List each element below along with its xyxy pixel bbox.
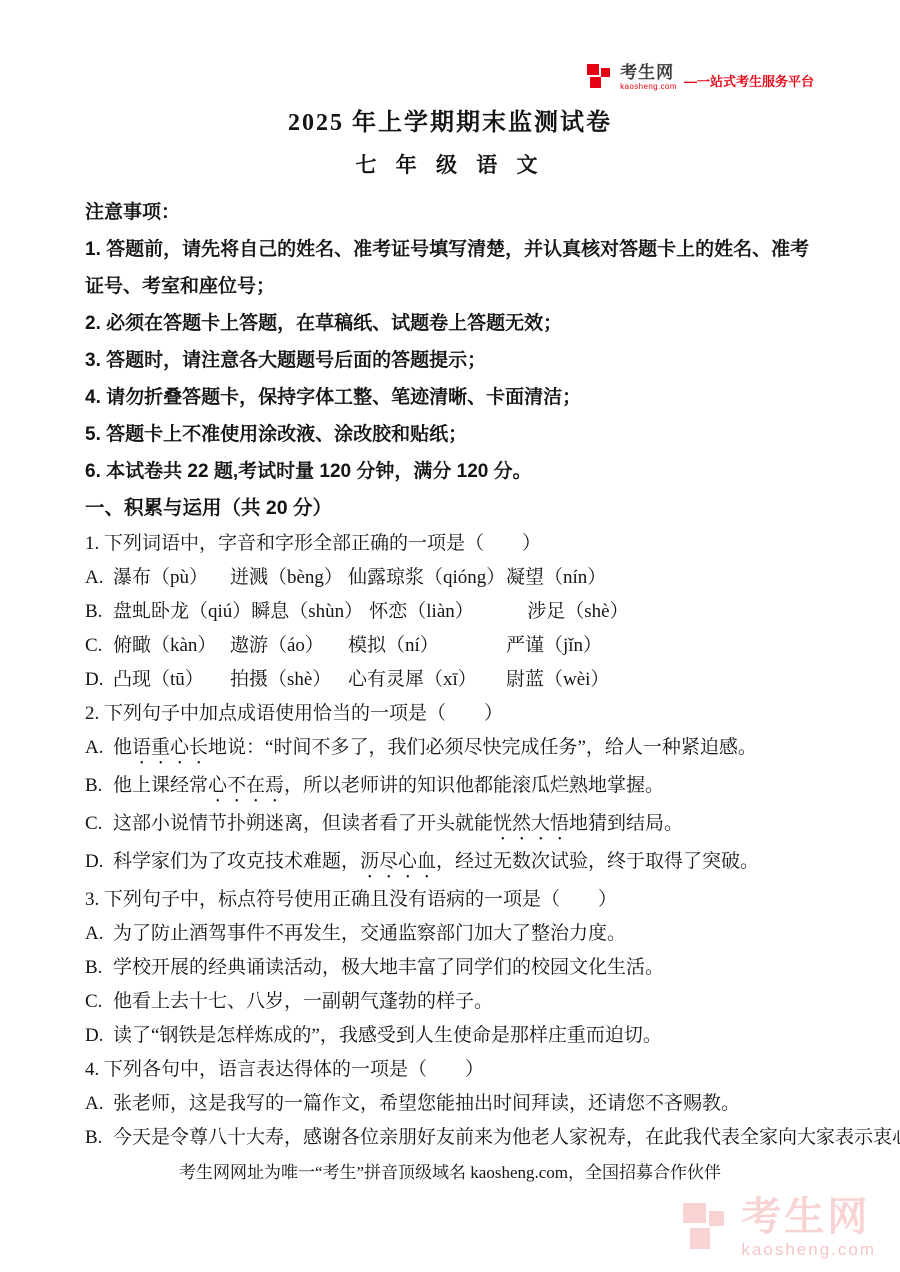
option-text: 他语重心长地说：“时间不多了，我们必须尽快完成任务”，给人一种紧迫感。 bbox=[113, 737, 757, 758]
page-subtitle: 七 年 级 语 文 bbox=[0, 149, 900, 179]
question-1-option-B: B.盘虬卧龙（qiú）瞬息（shùn）怀恋（liàn）涉足（shè） bbox=[85, 595, 815, 629]
option-text: 他看上去十七、八岁，一副朝气蓬勃的样子。 bbox=[113, 991, 493, 1012]
question-2-option-A: A.他语重心长地说：“时间不多了，我们必须尽快完成任务”，给人一种紧迫感。 bbox=[85, 731, 815, 769]
option-label: B. bbox=[85, 951, 113, 985]
question-3-option-A: A.为了防止酒驾事件不再发生，交通监察部门加大了整治力度。 bbox=[85, 917, 815, 951]
brand-domain: kaosheng.com bbox=[620, 82, 677, 91]
notice-item-1: 1. 答题前，请先将自己的姓名、准考证号填写清楚，并认真核对答题卡上的姓名、准考… bbox=[85, 231, 815, 305]
option-term: 严谨（jǐn） bbox=[506, 629, 602, 663]
question-2-option-B: B.他上课经常心不在焉，所以老师讲的知识他都能滚瓜烂熟地掌握。 bbox=[85, 769, 815, 807]
question-3-option-C: C.他看上去十七、八岁，一副朝气蓬勃的样子。 bbox=[85, 985, 815, 1019]
option-term: 瞬息（shùn） bbox=[251, 595, 369, 629]
notice-item-2: 2. 必须在答题卡上答题，在草稿纸、试题卷上答题无效； bbox=[85, 305, 815, 342]
option-label: A. bbox=[85, 561, 113, 595]
brand-name: 考生网 bbox=[620, 64, 677, 82]
exam-paper-page: 考生网 kaosheng.com —一站式考生服务平台 2025 年上学期期末监… bbox=[0, 0, 900, 1272]
kaosheng-logo: 考生网 kaosheng.com —一站式考生服务平台 bbox=[587, 64, 814, 91]
option-term: 凝望（nín） bbox=[506, 561, 606, 595]
watermark-brand-name: 考生网 bbox=[741, 1195, 876, 1239]
option-label: D. bbox=[85, 663, 113, 697]
kaosheng-logo-icon bbox=[587, 64, 613, 90]
notice-section: 注意事项： 1. 答题前，请先将自己的姓名、准考证号填写清楚，并认真核对答题卡上… bbox=[85, 194, 815, 527]
option-term: 拍摄（shè） bbox=[230, 663, 348, 697]
notice-items: 1. 答题前，请先将自己的姓名、准考证号填写清楚，并认真核对答题卡上的姓名、准考… bbox=[85, 231, 815, 490]
notice-item-5: 5. 答题卡上不准使用涂改液、涂改胶和贴纸； bbox=[85, 416, 815, 453]
option-term: 尉蓝（wèi） bbox=[506, 663, 609, 697]
exam-content: 注意事项： 1. 答题前，请先将自己的姓名、准考证号填写清楚，并认真核对答题卡上… bbox=[0, 194, 900, 1155]
section-heading: 一、积累与运用（共 20 分） bbox=[85, 490, 815, 527]
option-term: 仙露琼浆（qióng） bbox=[348, 561, 506, 595]
option-term: 涉足（shè） bbox=[527, 595, 628, 629]
option-label: C. bbox=[85, 985, 113, 1019]
option-term: 怀恋（liàn） bbox=[369, 595, 527, 629]
option-term: 盘虬卧龙（qiú） bbox=[113, 595, 251, 629]
option-term: 心有灵犀（xī） bbox=[348, 663, 506, 697]
brand-text-block: 考生网 kaosheng.com bbox=[620, 64, 677, 91]
option-text: 这部小说情节扑朔迷离，但读者看了开头就能恍然大悟地猜到结局。 bbox=[113, 813, 683, 834]
option-text: 读了“钢铁是怎样炼成的”，我感受到人生使命是那样庄重而迫切。 bbox=[113, 1025, 662, 1046]
option-text: 张老师，这是我写的一篇作文，希望您能抽出时间拜读，还请您不吝赐教。 bbox=[113, 1093, 740, 1114]
question-1-option-C: C.俯瞰（kàn）遨游（áo）模拟（ní）严谨（jǐn） bbox=[85, 629, 815, 663]
question-3-stem: 3. 下列句子中，标点符号使用正确且没有语病的一项是（ ） bbox=[85, 883, 815, 917]
brand-tagline: —一站式考生服务平台 bbox=[684, 71, 814, 90]
question-2-option-D: D.科学家们为了攻克技术难题，沥尽心血，经过无数次试验，终于取得了突破。 bbox=[85, 845, 815, 883]
question-4-option-A: A.张老师，这是我写的一篇作文，希望您能抽出时间拜读，还请您不吝赐教。 bbox=[85, 1087, 815, 1121]
option-label: C. bbox=[85, 629, 113, 663]
kaosheng-watermark-icon bbox=[683, 1203, 729, 1255]
tagline-dash: — bbox=[684, 74, 697, 89]
option-text: 为了防止酒驾事件不再发生，交通监察部门加大了整治力度。 bbox=[113, 923, 626, 944]
option-text: 学校开展的经典诵读活动，极大地丰富了同学们的校园文化生活。 bbox=[113, 957, 664, 978]
question-3-option-B: B.学校开展的经典诵读活动，极大地丰富了同学们的校园文化生活。 bbox=[85, 951, 815, 985]
notice-heading: 注意事项： bbox=[85, 194, 815, 231]
notice-item-4: 4. 请勿折叠答题卡，保持字体工整、笔迹清晰、卡面清洁； bbox=[85, 379, 815, 416]
emphasized-idiom: 心不在焉 bbox=[208, 775, 284, 796]
option-term: 模拟（ní） bbox=[348, 629, 506, 663]
emphasized-idiom: 沥尽心血 bbox=[360, 851, 436, 872]
option-term: 迸溅（bèng） bbox=[230, 561, 348, 595]
question-4-stem: 4. 下列各句中，语言表达得体的一项是（ ） bbox=[85, 1053, 815, 1087]
option-text: 科学家们为了攻克技术难题，沥尽心血，经过无数次试验，终于取得了突破。 bbox=[113, 851, 759, 872]
option-label: C. bbox=[85, 807, 113, 841]
footer-text: 考生网网址为唯一“考生”拼音顶级域名 kaosheng.com，全国招募合作伙伴 bbox=[0, 1158, 900, 1183]
kaosheng-watermark: 考生网 kaosheng.com bbox=[683, 1195, 876, 1260]
option-label: D. bbox=[85, 1019, 113, 1053]
option-term: 瀑布（pù） bbox=[113, 561, 230, 595]
question-3-option-D: D.读了“钢铁是怎样炼成的”，我感受到人生使命是那样庄重而迫切。 bbox=[85, 1019, 815, 1053]
option-text: 今天是令尊八十大寿，感谢各位亲朋好友前来为他老人家祝寿，在此我代表全家向大家表示… bbox=[113, 1127, 900, 1148]
watermark-brand-domain: kaosheng.com bbox=[741, 1240, 876, 1260]
option-label: A. bbox=[85, 731, 113, 765]
notice-item-3: 3. 答题时，请注意各大题题号后面的答题提示； bbox=[85, 342, 815, 379]
option-term: 俯瞰（kàn） bbox=[113, 629, 230, 663]
emphasized-idiom: 恍然大悟 bbox=[493, 813, 569, 834]
question-2-option-C: C.这部小说情节扑朔迷离，但读者看了开头就能恍然大悟地猜到结局。 bbox=[85, 807, 815, 845]
emphasized-idiom: 语重心长 bbox=[132, 737, 208, 758]
option-label: B. bbox=[85, 1121, 113, 1155]
question-1-option-D: D.凸现（tū）拍摄（shè）心有灵犀（xī）尉蓝（wèi） bbox=[85, 663, 815, 697]
option-text: 他上课经常心不在焉，所以老师讲的知识他都能滚瓜烂熟地掌握。 bbox=[113, 775, 664, 796]
option-label: A. bbox=[85, 917, 113, 951]
question-2-stem: 2. 下列句子中加点成语使用恰当的一项是（ ） bbox=[85, 697, 815, 731]
questions: 1. 下列词语中，字音和字形全部正确的一项是（ ）A.瀑布（pù）迸溅（bèng… bbox=[85, 527, 815, 1155]
tagline-text: 一站式考生服务平台 bbox=[697, 74, 814, 89]
question-1-stem: 1. 下列词语中，字音和字形全部正确的一项是（ ） bbox=[85, 527, 815, 561]
option-label: A. bbox=[85, 1087, 113, 1121]
question-1-option-A: A.瀑布（pù）迸溅（bèng）仙露琼浆（qióng）凝望（nín） bbox=[85, 561, 815, 595]
option-term: 遨游（áo） bbox=[230, 629, 348, 663]
option-label: B. bbox=[85, 769, 113, 803]
question-4-option-B: B.今天是令尊八十大寿，感谢各位亲朋好友前来为他老人家祝寿，在此我代表全家向大家… bbox=[85, 1121, 815, 1155]
watermark-text-block: 考生网 kaosheng.com bbox=[741, 1195, 876, 1260]
option-label: B. bbox=[85, 595, 113, 629]
option-label: D. bbox=[85, 845, 113, 879]
option-term: 凸现（tū） bbox=[113, 663, 230, 697]
notice-item-6: 6. 本试卷共 22 题,考试时量 120 分钟，满分 120 分。 bbox=[85, 453, 815, 490]
